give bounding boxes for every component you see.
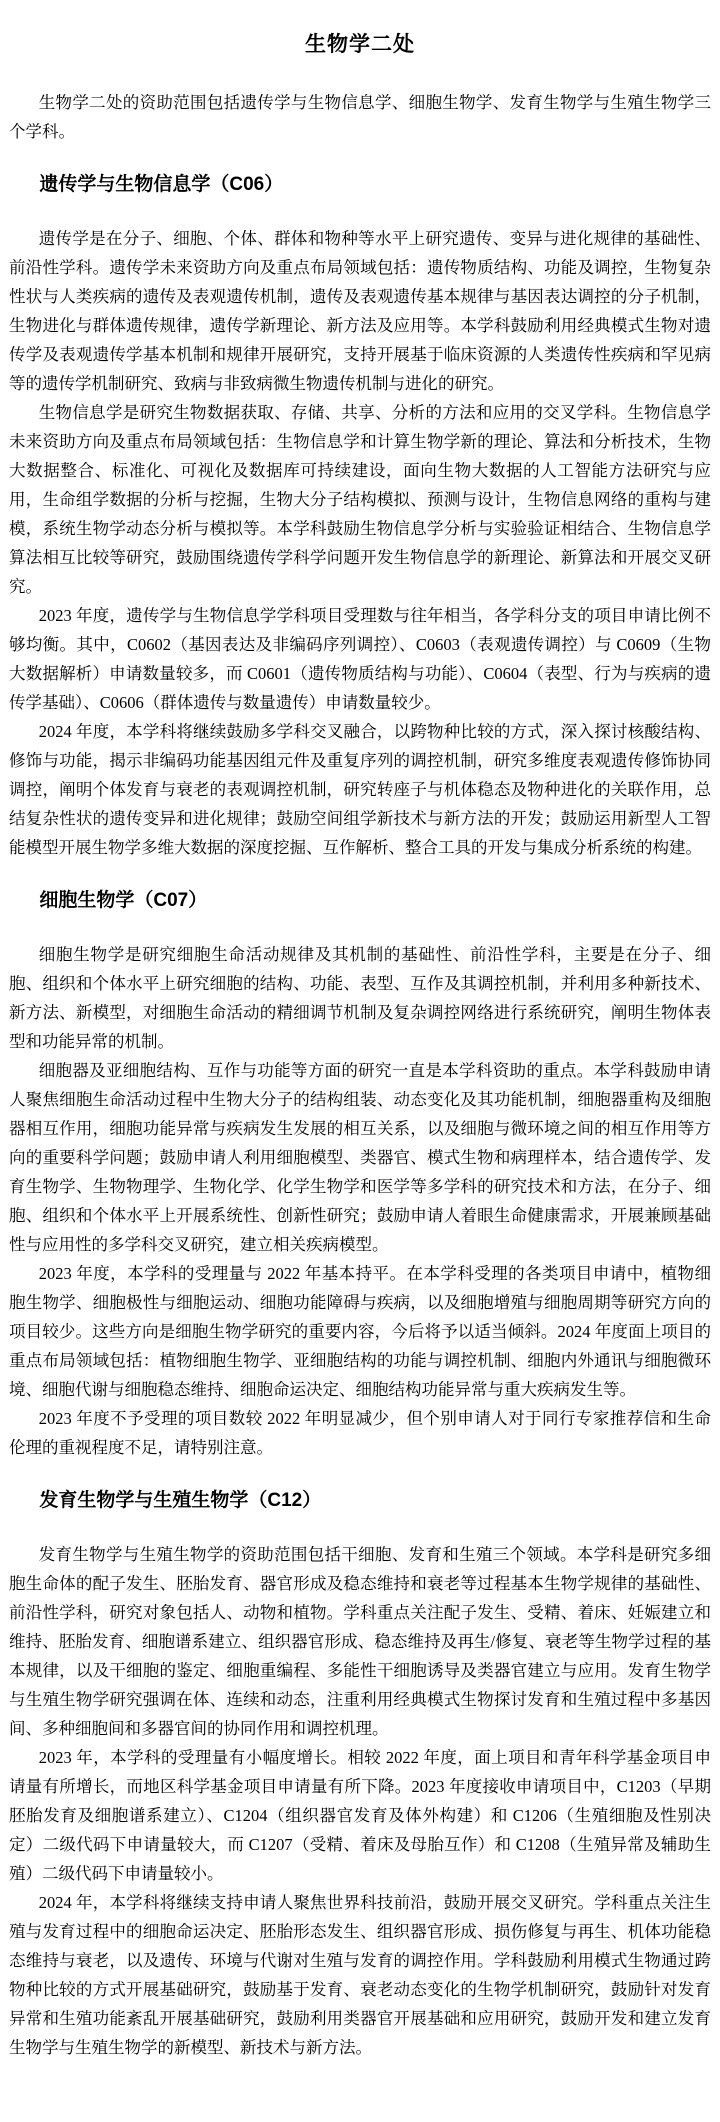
section-genetics-bioinformatics: 遗传学与生物信息学（C06） 遗传学是在分子、细胞、个体、群体和物种等水平上研究… [9,173,711,862]
paragraph: 2023 年度，遗传学与生物信息学学科项目受理数与往年相当，各学科分支的项目申请… [9,601,711,717]
paragraph: 2024 年，本学科将继续支持申请人聚焦世界科技前沿，鼓励开展交叉研究。学科重点… [9,1888,711,2062]
paragraph: 发育生物学与生殖生物学的资助范围包括干细胞、发育和生殖三个领域。本学科是研究多细… [9,1540,711,1743]
paragraph: 2023 年，本学科的受理量有小幅度增长。相较 2022 年度，面上项目和青年科… [9,1743,711,1888]
paragraph: 2024 年度，本学科将继续鼓励多学科交叉融合，以跨物种比较的方式，深入探讨核酸… [9,717,711,862]
section-cell-biology: 细胞生物学（C07） 细胞生物学是研究细胞生命活动规律及其机制的基础性、前沿性学… [9,889,711,1462]
paragraph: 细胞器及亚细胞结构、互作与功能等方面的研究一直是本学科资助的重点。本学科鼓励申请… [9,1056,711,1259]
intro-paragraph: 生物学二处的资助范围包括遗传学与生物信息学、细胞生物学、发育生物学与生殖生物学三… [9,88,711,146]
paragraph: 2023 年度，本学科的受理量与 2022 年基本持平。在本学科受理的各类项目申… [9,1259,711,1404]
paragraph: 2023 年度不予受理的项目数较 2022 年明显减少，但个别申请人对于同行专家… [9,1404,711,1462]
document-page: 生物学二处 生物学二处的资助范围包括遗传学与生物信息学、细胞生物学、发育生物学与… [0,0,720,2122]
section-heading-c07: 细胞生物学（C07） [9,889,711,913]
paragraph: 遗传学是在分子、细胞、个体、群体和物种等水平上研究遗传、变异与进化规律的基础性、… [9,224,711,398]
section-developmental-reproductive-biology: 发育生物学与生殖生物学（C12） 发育生物学与生殖生物学的资助范围包括干细胞、发… [9,1489,711,2062]
paragraph: 生物信息学是研究生物数据获取、存储、共享、分析的方法和应用的交叉学科。生物信息学… [9,398,711,601]
paragraph: 细胞生物学是研究细胞生命活动规律及其机制的基础性、前沿性学科，主要是在分子、细胞… [9,940,711,1056]
section-heading-c06: 遗传学与生物信息学（C06） [9,173,711,197]
page-title: 生物学二处 [9,28,711,58]
section-heading-c12: 发育生物学与生殖生物学（C12） [9,1489,711,1513]
